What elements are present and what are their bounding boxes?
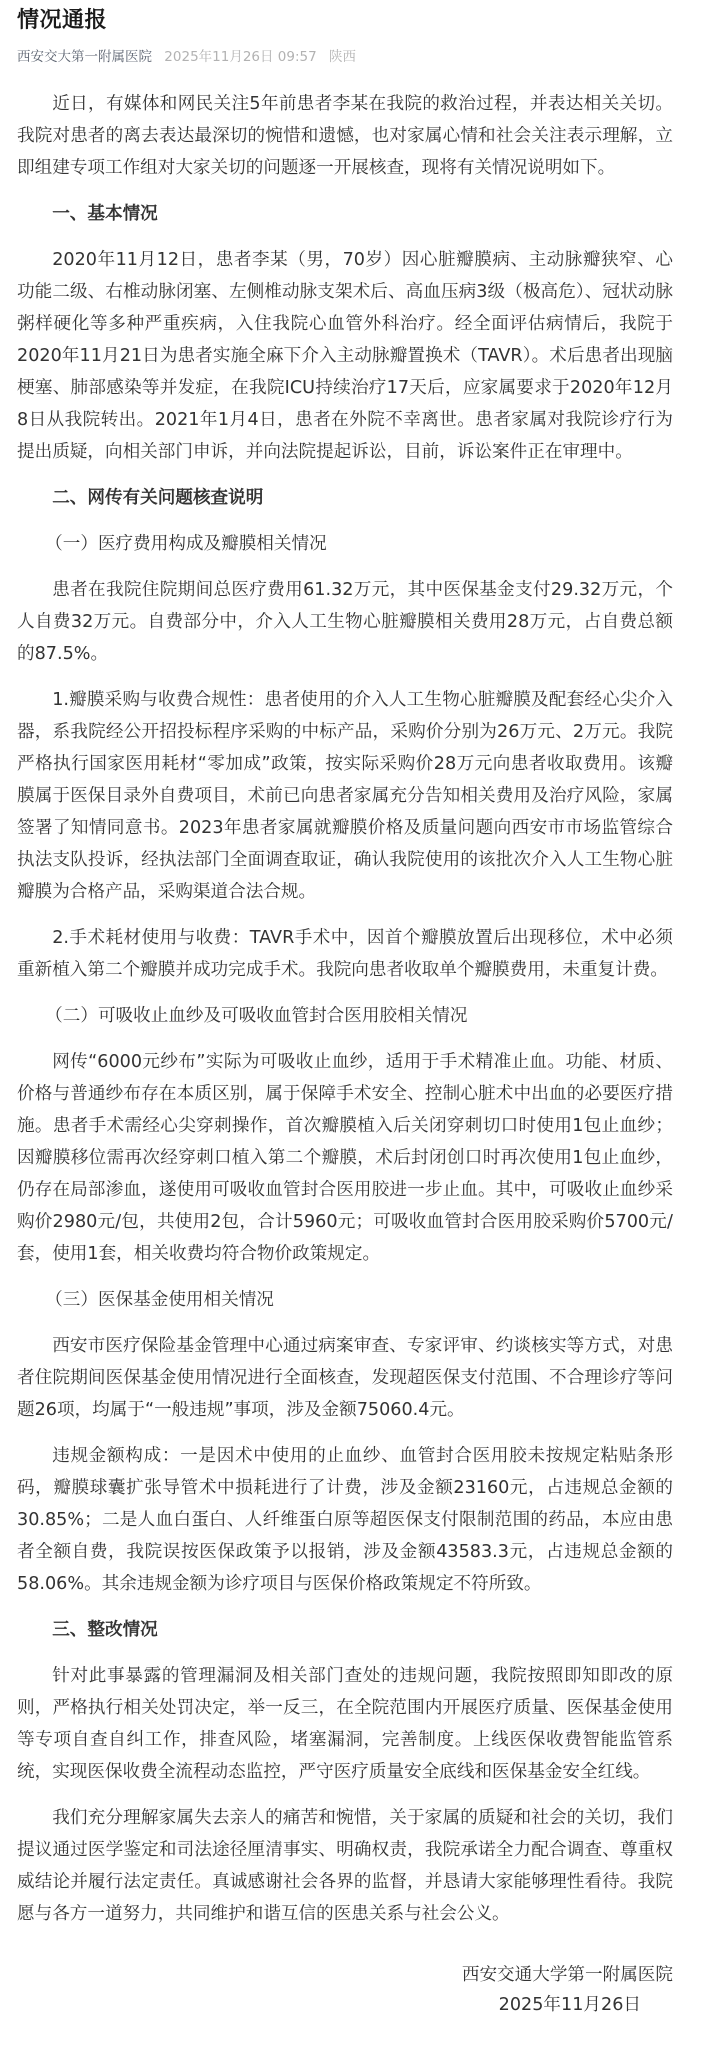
- paragraph: 2020年11月12日，患者李某（男，70岁）因心脏瓣膜病、主动脉瓣狭窄、心功能…: [17, 244, 673, 468]
- publish-location: 陕西: [329, 49, 356, 65]
- article-meta: 西安交大第一附属医院 2025年11月26日 09:57 陕西: [17, 48, 673, 66]
- subsection-heading-costs: （一）医疗费用构成及瓣膜相关情况: [17, 528, 673, 560]
- section-heading-verification: 二、网传有关问题核查说明: [17, 482, 673, 514]
- section-heading-basic-info: 一、基本情况: [17, 198, 673, 230]
- section-heading-rectification: 三、整改情况: [17, 1614, 673, 1646]
- paragraph: 患者在我院住院期间总医疗费用61.32万元，其中医保基金支付29.32万元，个人…: [17, 574, 673, 670]
- article-body: 近日，有媒体和网民关注5年前患者李某在我院的救治过程，并表达相关关切。我院对患者…: [17, 88, 673, 1930]
- paragraph: 违规金额构成：一是因术中使用的止血纱、血管封合医用胶未按规定粘贴条形码，瓣膜球囊…: [17, 1440, 673, 1600]
- signature-date: 2025年11月26日: [17, 1990, 673, 2020]
- paragraph: 网传“6000元纱布”实际为可吸收止血纱，适用于手术精准止血。功能、材质、价格与…: [17, 1046, 673, 1270]
- publish-datetime: 2025年11月26日 09:57: [164, 49, 316, 65]
- paragraph: 1.瓣膜采购与收费合规性：患者使用的介入人工生物心脏瓣膜及配套经心尖介入器，系我…: [17, 684, 673, 908]
- source-link[interactable]: 西安交大第一附属医院: [17, 49, 152, 65]
- signature-org: 西安交通大学第一附属医院: [17, 1960, 673, 1990]
- subsection-heading-hemostatic: （二）可吸收止血纱及可吸收血管封合医用胶相关情况: [17, 1000, 673, 1032]
- paragraph: 针对此事暴露的管理漏洞及相关部门查处的违规问题，我院按照即知即改的原则，严格执行…: [17, 1660, 673, 1788]
- subsection-heading-insurance: （三）医保基金使用相关情况: [17, 1284, 673, 1316]
- intro-paragraph: 近日，有媒体和网民关注5年前患者李某在我院的救治过程，并表达相关关切。我院对患者…: [17, 88, 673, 184]
- signature-block: 西安交通大学第一附属医院 2025年11月26日: [17, 1960, 673, 2020]
- paragraph: 我们充分理解家属失去亲人的痛苦和惋惜，关于家属的质疑和社会的关切，我们提议通过医…: [17, 1802, 673, 1930]
- article-title: 情况通报: [17, 0, 673, 36]
- paragraph: 西安市医疗保险基金管理中心通过病案审查、专家评审、约谈核实等方式，对患者住院期间…: [17, 1330, 673, 1426]
- article: 情况通报 西安交大第一附属医院 2025年11月26日 09:57 陕西 近日，…: [0, 0, 703, 2020]
- paragraph: 2.手术耗材使用与收费：TAVR手术中，因首个瓣膜放置后出现移位，术中必须重新植…: [17, 922, 673, 986]
